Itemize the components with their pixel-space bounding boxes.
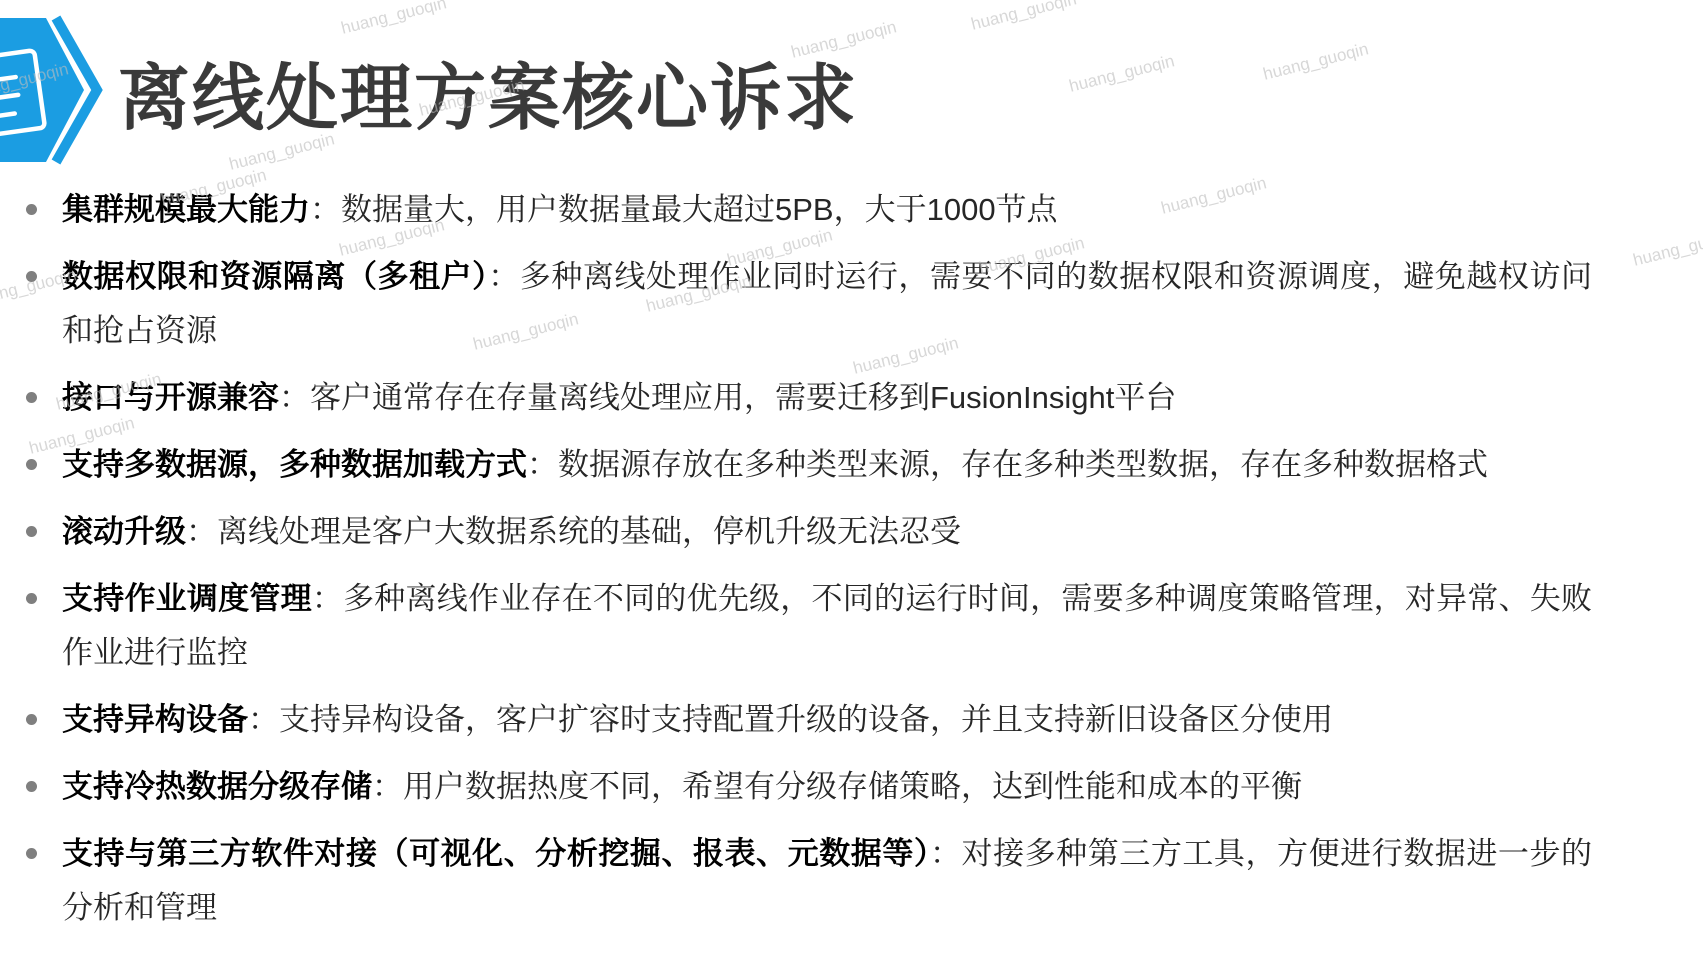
- bullet-dot-icon: [26, 593, 37, 604]
- bullet-body: ：客户通常存在存量离线处理应用，需要迁移到FusionInsight平台: [279, 380, 1176, 415]
- list-item: 支持异构设备：支持异构设备，客户扩容时支持配置升级的设备，并且支持新旧设备区分使…: [26, 693, 1626, 747]
- bullet-text: 支持多数据源，多种数据加载方式：数据源存放在多种类型来源，存在多种类型数据，存在…: [62, 438, 1488, 492]
- bullet-text: 支持异构设备：支持异构设备，客户扩容时支持配置升级的设备，并且支持新旧设备区分使…: [62, 693, 1333, 747]
- watermark-text: huang_guoqin: [1067, 51, 1176, 96]
- list-item: 数据权限和资源隔离（多租户）：多种离线处理作业同时运行，需要不同的数据权限和资源…: [26, 250, 1626, 358]
- bullet-text: 集群规模最大能力：数据量大，用户数据量最大超过5PB，大于1000节点: [62, 183, 1058, 237]
- list-item: 滚动升级：离线处理是客户大数据系统的基础，停机升级无法忍受: [26, 505, 1626, 559]
- bullet-dot-icon: [26, 526, 37, 537]
- list-item: 支持冷热数据分级存储：用户数据热度不同，希望有分级存储策略，达到性能和成本的平衡: [26, 760, 1626, 814]
- bullet-text: 支持作业调度管理：多种离线作业存在不同的优先级，不同的运行时间，需要多种调度策略…: [62, 572, 1592, 680]
- watermark-text: huang_guoqin: [339, 0, 448, 39]
- bullet-dot-icon: [26, 271, 37, 282]
- bullet-dot-icon: [26, 459, 37, 470]
- bullet-dot-icon: [26, 392, 37, 403]
- bullet-text: 接口与开源兼容：客户通常存在存量离线处理应用，需要迁移到FusionInsigh…: [62, 371, 1176, 425]
- watermark-text: huang_guoqin: [1261, 39, 1370, 84]
- watermark-text: huang_guoqin: [1631, 225, 1703, 270]
- watermark-text: huang_guoqin: [969, 0, 1078, 35]
- header-badge: [0, 4, 115, 174]
- bullet-body: ：用户数据热度不同，希望有分级存储策略，达到性能和成本的平衡: [372, 769, 1302, 804]
- list-item: 接口与开源兼容：客户通常存在存量离线处理应用，需要迁移到FusionInsigh…: [26, 371, 1626, 425]
- slide: 离线处理方案核心诉求 集群规模最大能力：数据量大，用户数据量最大超过5PB，大于…: [0, 0, 1703, 971]
- bullet-dot-icon: [26, 848, 37, 859]
- bullet-body: ：数据量大，用户数据量最大超过5PB，大于1000节点: [310, 192, 1058, 227]
- list-item: 集群规模最大能力：数据量大，用户数据量最大超过5PB，大于1000节点: [26, 183, 1626, 237]
- bullet-text: 滚动升级：离线处理是客户大数据系统的基础，停机升级无法忍受: [62, 505, 961, 559]
- bullet-lead: 集群规模最大能力: [62, 192, 310, 227]
- bullet-dot-icon: [26, 714, 37, 725]
- bullet-list: 集群规模最大能力：数据量大，用户数据量最大超过5PB，大于1000节点 数据权限…: [26, 183, 1626, 948]
- bullet-text: 支持冷热数据分级存储：用户数据热度不同，希望有分级存储策略，达到性能和成本的平衡: [62, 760, 1302, 814]
- bullet-body: ：离线处理是客户大数据系统的基础，停机升级无法忍受: [186, 514, 961, 549]
- list-item: 支持多数据源，多种数据加载方式：数据源存放在多种类型来源，存在多种类型数据，存在…: [26, 438, 1626, 492]
- bullet-lead: 支持多数据源，多种数据加载方式: [62, 447, 527, 482]
- bullet-body: ：数据源存放在多种类型来源，存在多种类型数据，存在多种数据格式: [527, 447, 1488, 482]
- bullet-lead: 接口与开源兼容: [62, 380, 279, 415]
- bullet-lead: 支持冷热数据分级存储: [62, 769, 372, 804]
- list-item: 支持作业调度管理：多种离线作业存在不同的优先级，不同的运行时间，需要多种调度策略…: [26, 572, 1626, 680]
- bullet-text: 数据权限和资源隔离（多租户）：多种离线处理作业同时运行，需要不同的数据权限和资源…: [62, 250, 1592, 358]
- page-title: 离线处理方案核心诉求: [118, 40, 858, 144]
- bullet-lead: 支持异构设备: [62, 702, 248, 737]
- bullet-lead: 支持作业调度管理: [62, 581, 312, 616]
- bullet-lead: 数据权限和资源隔离（多租户）: [62, 259, 488, 294]
- bullet-lead: 滚动升级: [62, 514, 186, 549]
- bullet-dot-icon: [26, 781, 37, 792]
- bullet-text: 支持与第三方软件对接（可视化、分析挖掘、报表、元数据等）：对接多种第三方工具，方…: [62, 827, 1592, 935]
- bullet-lead: 支持与第三方软件对接（可视化、分析挖掘、报表、元数据等）: [62, 836, 930, 871]
- list-item: 支持与第三方软件对接（可视化、分析挖掘、报表、元数据等）：对接多种第三方工具，方…: [26, 827, 1626, 935]
- bullet-dot-icon: [26, 204, 37, 215]
- bullet-body: ：支持异构设备，客户扩容时支持配置升级的设备，并且支持新旧设备区分使用: [248, 702, 1333, 737]
